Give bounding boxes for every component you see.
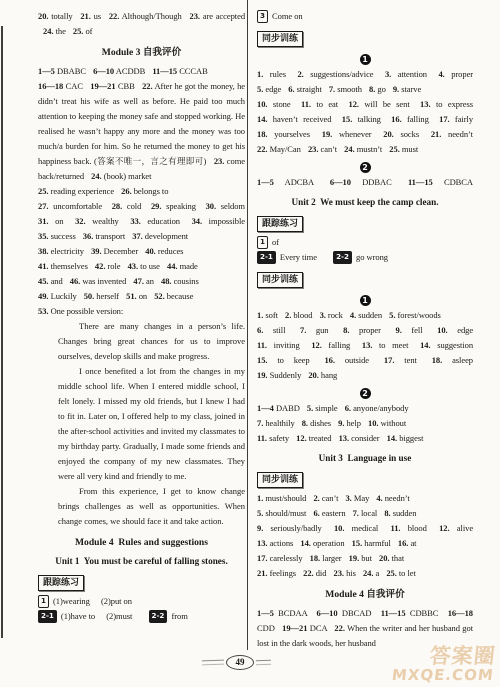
item-number: 22. [109,11,119,21]
answer-line: 1. must/should 2. can’t 3. May 4. needn’… [257,491,473,506]
unit1-heading: Unit 1 You must be careful of falling st… [38,555,245,568]
section-circle-row: 2 [257,158,473,174]
item-number: 37. [132,231,142,241]
answer-line: 1. rules 2. suggestions/advice 3. attent… [257,67,473,82]
answer-line: 6. still 7. gun 8. proper 9. fell 10. ed… [257,323,473,338]
left-column: 20. totally 21. us 22. Although/Though 2… [38,9,245,624]
item-number: 6—10 [317,608,338,618]
answer-line: 9. seriously/badly 10. medical 11. blood… [257,521,473,536]
item-number: 1—5 [257,608,274,618]
answer-line: 18. yourselves 19. whenever 20. socks 21… [257,127,473,142]
item-number: 7. [329,84,335,94]
item-number: 26. [121,186,131,196]
answer-line: 21. feelings 22. did 23. his 24. a 25. t… [257,566,473,581]
item-number: 33. [130,216,140,226]
item-number: 39. [91,246,101,256]
item-number: 11—15 [408,177,433,187]
item-number: 25. [38,186,48,196]
item-number: 2. [285,310,291,320]
item-number: 20. [38,11,48,21]
item-number: 31. [38,216,48,226]
item-number: 22. [257,144,267,154]
answer-line: 10. stone 11. to eat 12. will be sent 13… [257,97,473,112]
item-number: 20. [383,129,393,139]
right-column: 3 Come on 同步训练 1 1. rules 2. suggestions… [257,9,473,651]
item-number: 11. [257,340,267,350]
item-number: 21. [80,11,90,21]
sync-practice-badge: 同步训练 [257,472,303,488]
answer-line: 1—5 ADCBA 6—10 DDBAC 11—15 CDBCA [257,175,473,190]
item-number: 34. [192,216,202,226]
item-number: 25. [389,144,399,154]
section-number-circle: 1 [360,295,371,306]
section-circle-row: 1 [257,291,473,307]
item-number: 15. [342,114,352,124]
item-number: 23. [190,11,200,21]
answer-line: 22. May/Can 23. can’t 24. mustn’t 25. mu… [257,142,473,157]
item-number: 32. [75,216,85,226]
item-number: 41. [38,261,48,271]
item-marker-box: 2-1 [38,610,57,623]
answer-line: 5. should/must 6. eastern 7. local 8. su… [257,506,473,521]
item-number: 13. [339,433,349,443]
item-number: 22. [303,568,313,578]
answer-line: 45. and 46. was invented 47. an 48. cous… [38,274,245,289]
item-number: 19. [349,553,359,563]
unit2-heading: Unit 2 We must keep the camp clean. [257,196,473,209]
item-number: 19—21 [282,623,307,633]
item-number: 46. [70,276,80,286]
item-number: 42. [95,261,105,271]
section-number-circle: 2 [360,388,371,399]
answer-line: 27. uncomfortable 28. cold 29. speaking … [38,199,245,214]
item-number: 16—18 [448,608,473,618]
item-number: 7. [353,508,359,518]
item-number: 6—10 [93,66,114,76]
tracking-answer-line: 1 (1)wearing (2)put on [38,594,245,609]
item-number: 9. [338,418,344,428]
answer-line: 38. electricity 39. December 40. reduces [38,244,245,259]
answer-line: 35. success 36. transport 37. developmen… [38,229,245,244]
page-number-flourish [202,660,224,666]
item-number: 14. [300,538,310,548]
item-number: 1—5 [257,177,274,187]
item-number: 6. [257,325,263,335]
item-number: 30. [206,201,216,211]
item-number: 8. [343,325,349,335]
item-number: 44. [167,261,177,271]
item-number: 13. [420,99,430,109]
item-number: 48. [161,276,171,286]
essay-paragraph: From this experience, I get to know chan… [58,484,245,529]
item-number: 6. [313,508,319,518]
item-number: 13. [257,538,267,548]
item-number: 20. [379,553,389,563]
badge-row: 同步训练 [257,28,473,47]
item-number: 40. [145,246,155,256]
item-number: 1. [257,493,263,503]
item-number: 24. [344,144,354,154]
item-number: 16. [324,355,334,365]
item-number: 9. [396,325,402,335]
item-marker-box: 1 [38,595,49,608]
item-number: 24. [91,171,101,181]
item-number: 21. [257,568,267,578]
badge-row: 同步训练 [257,469,473,488]
item-number: 14. [420,340,430,350]
badge-row: 跟踪练习 [257,213,473,232]
sync-practice-badge: 同步训练 [257,31,303,47]
item-number: 5. [257,84,263,94]
item-number: 3. [385,69,391,79]
item-number: 38. [38,246,48,256]
item-number: 10. [368,418,378,428]
item-number: 16. [391,114,401,124]
item-number: 8. [302,418,308,428]
item-number: 23. [308,144,318,154]
watermark-brand: 答案圈 [393,645,497,667]
item-marker-box: 2-2 [149,610,168,623]
item-number: 43. [128,261,138,271]
item-marker-box: 1 [257,236,268,249]
unit3-heading: Unit 3 Language in use [257,452,473,465]
item-number: 23. [334,568,344,578]
item-number: 25. [386,568,396,578]
item-number: 3. [345,493,351,503]
item-number: 28. [112,201,122,211]
watermark-site: MXQE.COM [391,667,495,684]
item-number: 5. [389,310,395,320]
item-number: 4. [438,69,444,79]
item-number: 22. [334,623,344,633]
answer-line: 1. soft 2. blood 3. rock 4. sudden 5. fo… [257,308,473,323]
item-number: 20. [308,370,318,380]
item-number: 16—18 [38,81,63,91]
tracking-answer-line: 2-1 Every time 2-2 go wrong [257,250,473,265]
item-number: 25. [73,26,83,36]
section-circle-row: 1 [257,50,473,66]
answer-line: 19. Suddenly 20. hang [257,368,473,383]
item-number: 29. [151,201,161,211]
module4-self-check-heading: Module 4 自我评价 [257,588,473,601]
answer-line: 41. themselves 42. role 43. to use 44. m… [38,259,245,274]
item-number: 1—5 [38,66,55,76]
answer-line: 53. One possible version: [38,304,245,319]
item-number: 27. [38,201,48,211]
item-number: 21. [431,129,441,139]
section-number-circle: 2 [360,162,371,173]
item-number: 19. [257,370,267,380]
page-number: 49 [202,655,271,670]
answer-line: 1—5 DBABC 6—10 ACDDB 11—15 CCCAB [38,64,245,79]
item-number: 2. [297,69,303,79]
tracking-answer-line: 1 of [257,235,473,250]
module4-heading: Module 4 Rules and suggestions [38,536,245,549]
item-number: 11. [390,523,400,533]
item-number: 18. [432,355,442,365]
item-number: 5. [257,508,263,518]
item-number: 14. [387,433,397,443]
answer-line: 7. healthily 8. dishes 9. help 10. witho… [257,416,473,431]
item-number: 5. [307,403,313,413]
item-number: 53. [38,306,48,316]
item-number: 52. [154,291,164,301]
item-number: 9. [393,84,399,94]
item-number: 10. [257,99,267,109]
badge-row: 跟踪练习 [38,572,245,591]
tracking-practice-badge: 跟踪练习 [257,216,303,232]
item-number: 17. [439,114,449,124]
answer-line: 25. reading experience 26. belongs to [38,184,245,199]
item-marker-box: 3 [257,10,268,23]
essay-paragraph: I once benefited a lot from the changes … [58,364,245,484]
item-number: 4. [350,310,356,320]
item-number: 12. [311,340,321,350]
section-circle-row: 2 [257,384,473,400]
item-number: 6. [345,403,351,413]
item-number: 12. [349,99,359,109]
answer-line: 11. inviting 12. falling 13. to meet 14.… [257,338,473,353]
tracking-answer-line: 3 Come on [257,9,473,24]
item-number: 8. [369,84,375,94]
watermark: 答案圈 MXQE.COM [391,645,497,684]
item-number: 17. [257,553,267,563]
tracking-answer-line: 2-1 (1)have to (2)must 2-2 from [38,609,245,624]
item-number: 7. [300,325,306,335]
item-number: 45. [38,276,48,286]
answer-line: 31. on 32. wealthy 33. education 34. imp… [38,214,245,229]
item-number: 50. [84,291,94,301]
sync-practice-badge: 同步训练 [257,272,303,288]
item-number: 18. [257,129,267,139]
item-number: 23. [214,156,224,166]
answer-line: 11. safety 12. treated 13. consider 14. … [257,431,473,446]
item-number: 10. [437,325,447,335]
item-number: 19. [322,129,332,139]
item-number: 9. [257,523,263,533]
item-number: 18. [310,553,320,563]
item-number: 7. [257,418,263,428]
item-number: 10. [334,523,344,533]
answer-line: 13. actions 14. operation 15. harmful 16… [257,536,473,551]
item-number: 14. [257,114,267,124]
page-number-oval: 49 [226,655,254,670]
answer-line: 20. totally 21. us 22. Although/Though 2… [38,9,245,39]
item-number: 8. [384,508,390,518]
item-number: 24. [43,26,53,36]
item-number: 12. [439,523,449,533]
answer-line: 15. to keep 16. outside 17. tent 18. asl… [257,353,473,368]
item-number: 1. [257,69,263,79]
item-number: 24. [363,568,373,578]
item-marker-box: 2-1 [257,251,276,264]
item-number: 17. [384,355,394,365]
item-marker-box: 2-2 [333,251,352,264]
item-number: 4. [376,493,382,503]
answer-line: 14. haven’t received 15. talking 16. fal… [257,112,473,127]
item-number: 13. [362,340,372,350]
badge-row: 同步训练 [257,269,473,288]
item-number: 22. [142,81,152,91]
item-number: 51. [126,291,136,301]
item-number: 6—10 [330,177,351,187]
item-number: 12. [296,433,306,443]
answer-line: 16—18 CAC 19—21 CBB 22. After he got the… [38,79,245,184]
column-divider [247,0,248,650]
item-number: 11—15 [381,608,406,618]
section-number-circle: 1 [360,54,371,65]
item-number: 2. [313,493,319,503]
item-number: 19—21 [90,81,115,91]
item-number: 15. [257,355,267,365]
item-number: 11. [257,433,267,443]
item-number: 6. [288,84,294,94]
item-number: 36. [83,231,93,241]
item-number: 11—15 [152,66,177,76]
item-number: 1—4 [257,403,274,413]
page-number-flourish [256,660,271,666]
item-number: 16. [398,538,408,548]
item-number: 1. [257,310,263,320]
item-number: 11. [301,99,311,109]
item-number: 35. [38,231,48,241]
item-number: 49. [38,291,48,301]
answer-line: 1—4 DABD 5. simple 6. anyone/anybody [257,401,473,416]
essay-paragraph: There are many changes in a person’s lif… [58,319,245,364]
answer-line: 49. Luckily 50. herself 51. on 52. becau… [38,289,245,304]
tracking-practice-badge: 跟踪练习 [38,575,84,591]
scan-edge-artifact [1,26,3,638]
item-number: 3. [320,310,326,320]
answer-line: 17. carelessly 18. larger 19. but 20. th… [257,551,473,566]
module3-self-check-heading: Module 3 自我评价 [38,46,245,59]
answer-line: 5. edge 6. straight 7. smooth 8. go 9. s… [257,82,473,97]
item-number: 15. [352,538,362,548]
item-number: 47. [133,276,143,286]
